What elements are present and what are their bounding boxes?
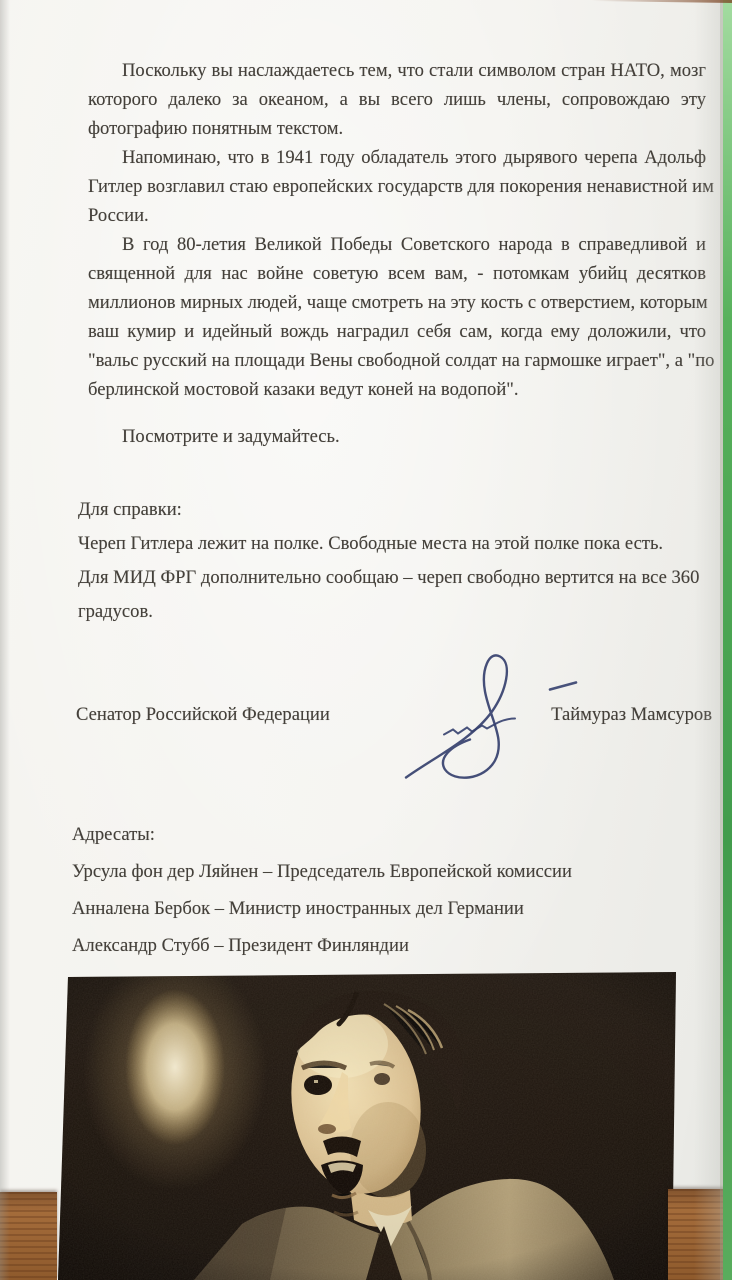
letter-closing-line: Посмотрите и задумайтесь.: [88, 422, 706, 451]
reference-line: Для МИД ФРГ дополнительно сообщаю – чере…: [78, 561, 702, 595]
photo-grain: [56, 972, 676, 1280]
letter-line: Напоминаю, что в 1941 году обладатель эт…: [88, 143, 706, 172]
addressee-line: Александр Стубб – Президент Финляндии: [72, 927, 702, 964]
handwritten-signature: [392, 638, 607, 796]
letter-body: Поскольку вы наслаждаетесь тем, что стал…: [88, 56, 706, 451]
letter-line: берлинской мостовой казаки ведут коней н…: [88, 375, 706, 404]
sender-title: Сенатор Российской Федерации: [76, 704, 330, 726]
letter-line: Гитлер возглавил стаю европейских госуда…: [88, 172, 706, 201]
addressees-heading: Адресаты:: [72, 816, 702, 853]
addressee-line: Урсула фон дер Ляйнен – Председатель Евр…: [72, 853, 702, 890]
reference-line: Для справки:: [78, 493, 702, 527]
paper-left-shade: [0, 0, 10, 1280]
letter-line: Поскольку вы наслаждаетесь тем, что стал…: [88, 56, 706, 85]
letter-line: миллионов мирных людей, чаще смотреть на…: [88, 288, 706, 317]
letter-line: которого далеко за океаном, а вы всего л…: [88, 85, 706, 114]
letter-line: священной для нас войне советую всем вам…: [88, 259, 706, 288]
historical-photo: [56, 972, 676, 1280]
reference-line: градусов.: [78, 595, 702, 629]
addressees-list: Адресаты: Урсула фон дер Ляйнен – Предсе…: [72, 816, 702, 964]
letter-line: ваш кумир и идейный вождь наградил себя …: [88, 317, 706, 346]
letter-line: фотографию понятным текстом.: [88, 114, 706, 143]
reference-note: Для справки: Череп Гитлера лежит на полк…: [78, 493, 702, 629]
letter-line: России.: [88, 201, 706, 230]
letter-line: "вальс русский на площади Вены свободной…: [88, 346, 706, 375]
photographed-letter: Поскольку вы наслаждаетесь тем, что стал…: [0, 0, 732, 1280]
addressee-line: Анналена Бербок – Министр иностранных де…: [72, 890, 702, 927]
letter-line: В год 80-летия Великой Победы Советского…: [88, 230, 706, 259]
green-table-edge: [723, 0, 732, 1280]
reference-line: Череп Гитлера лежит на полке. Свободные …: [78, 527, 702, 561]
paper-right-shade: [694, 0, 720, 1280]
